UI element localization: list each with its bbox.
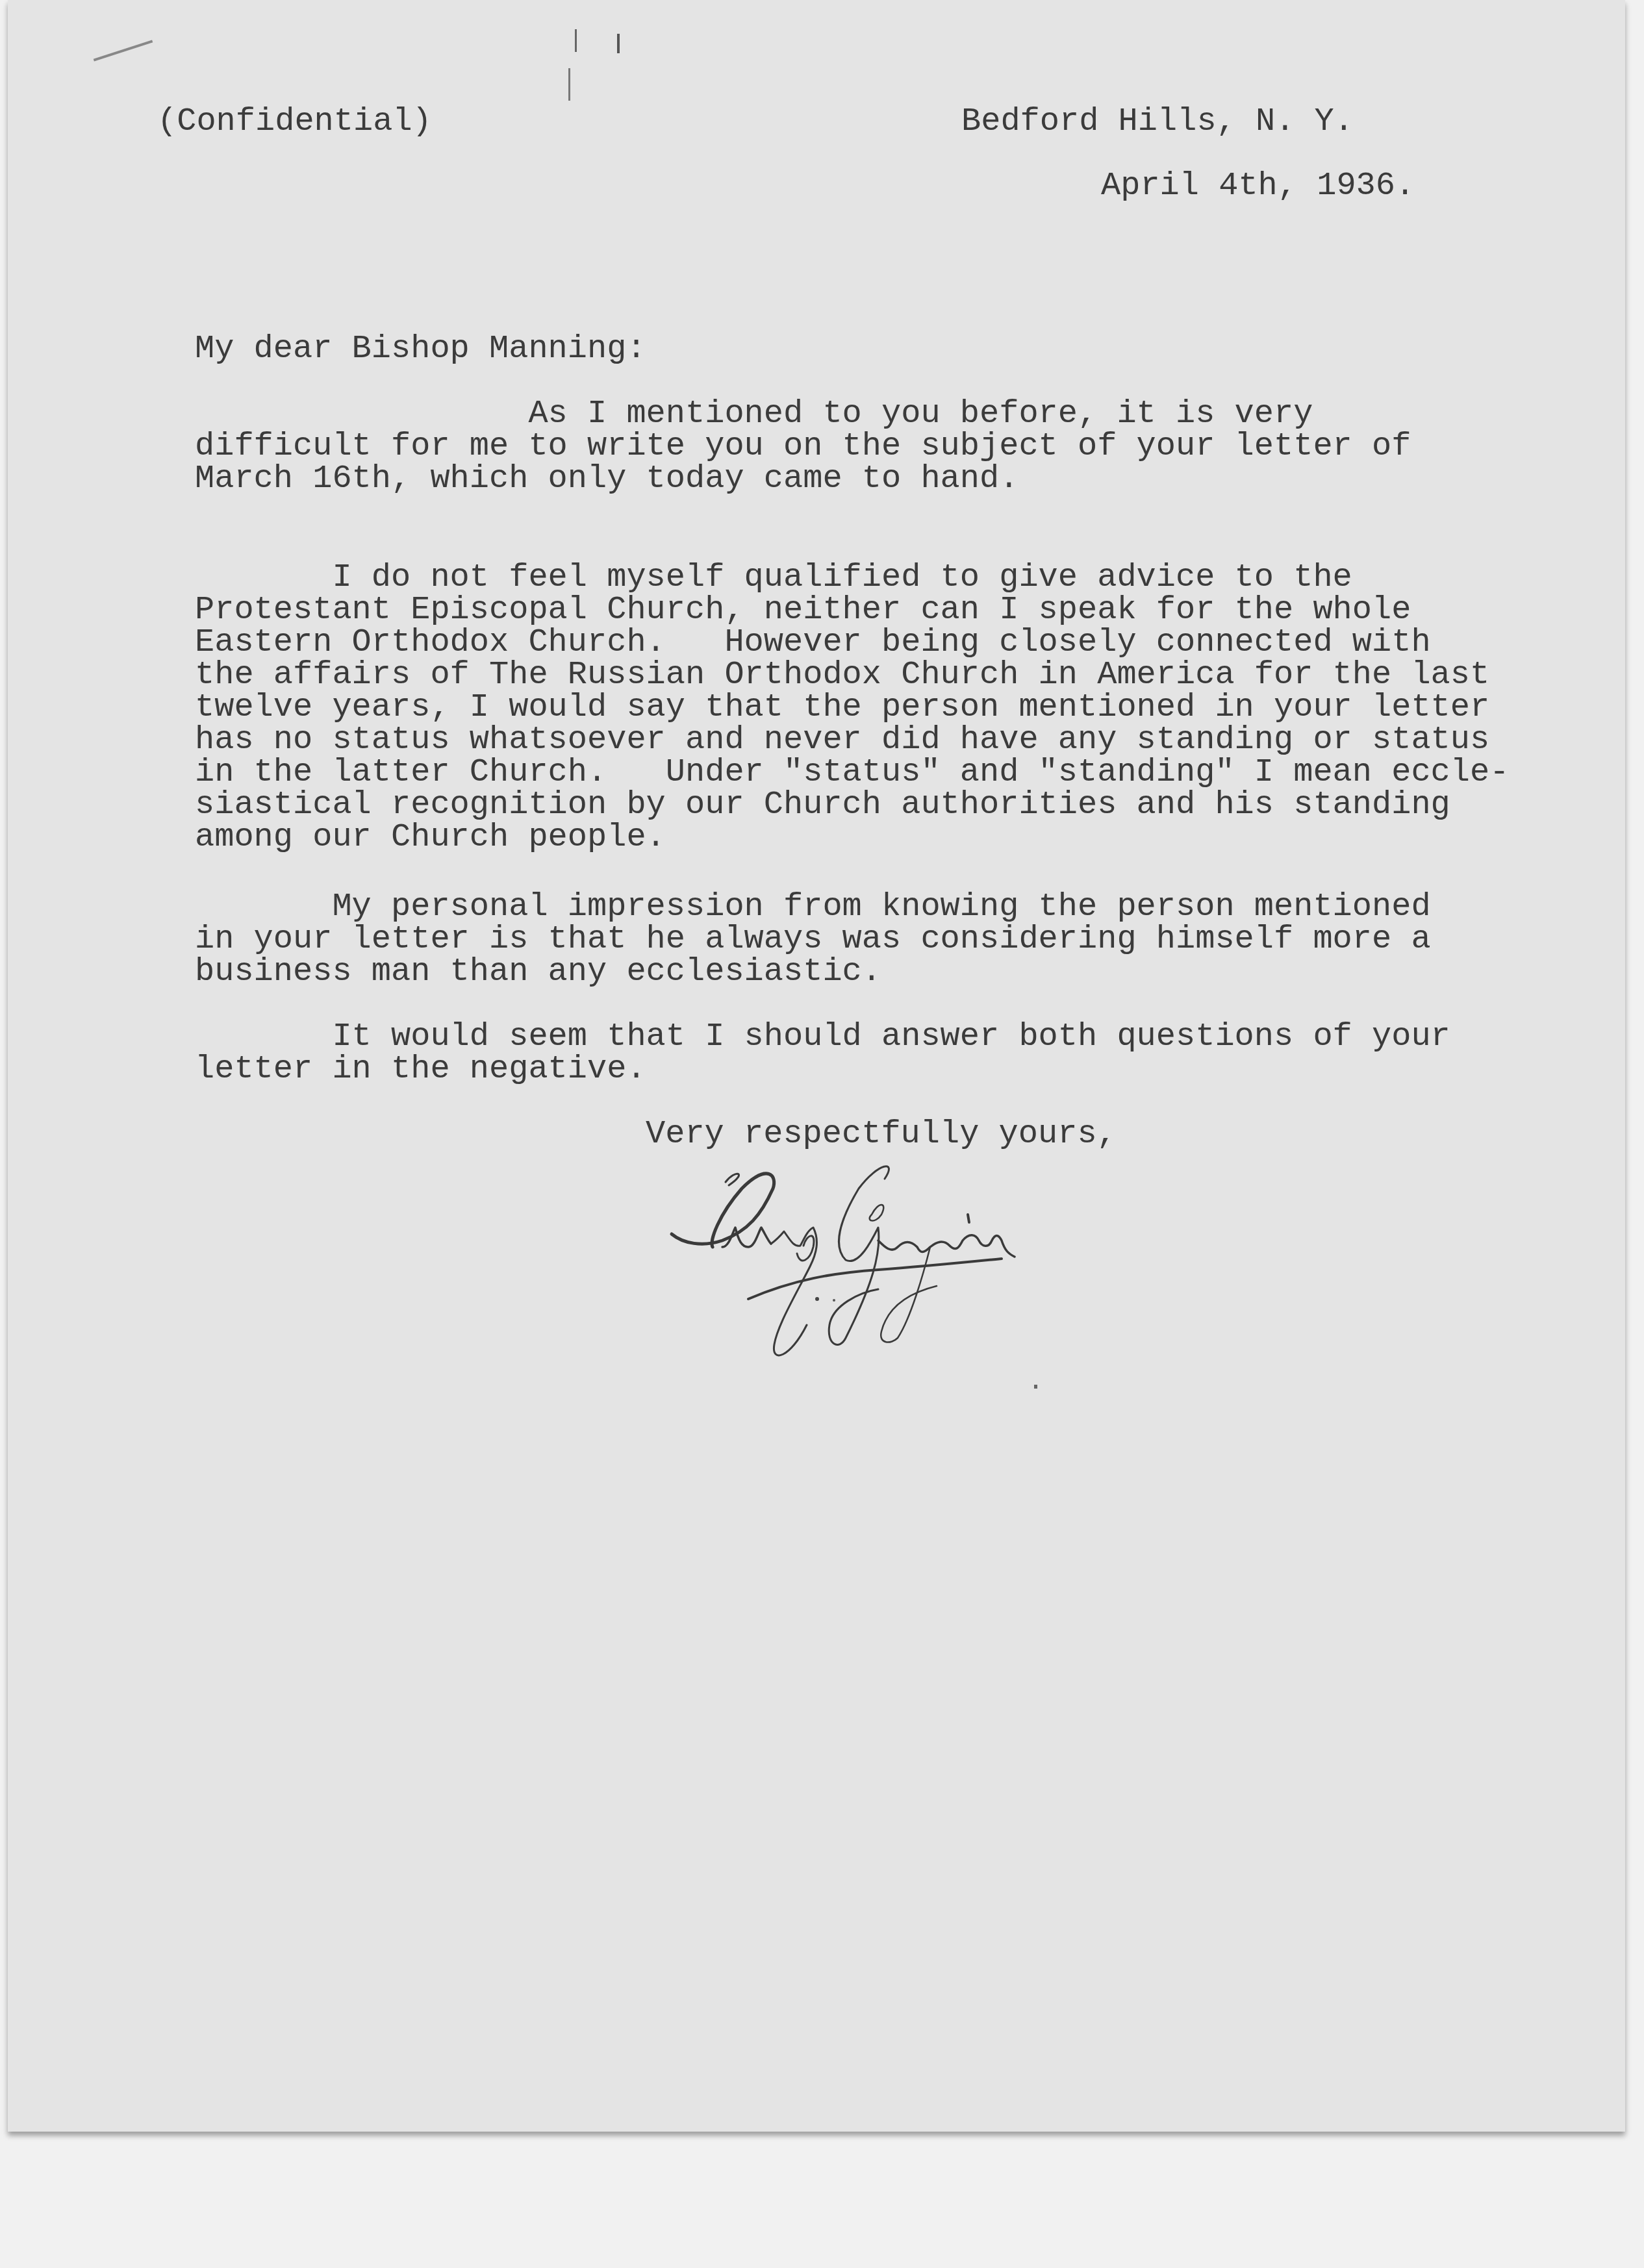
crease-mark xyxy=(568,68,570,101)
body-line: March 16th, which only today came to han… xyxy=(195,463,1018,496)
body-line: in your letter is that he always was con… xyxy=(195,924,1431,956)
closing: Very respectfully yours, xyxy=(646,1118,1117,1151)
letter-date: April 4th, 1936. xyxy=(1101,170,1415,203)
crease-mark xyxy=(617,34,620,53)
body-line: As I mentioned to you before, it is very xyxy=(195,398,1313,431)
body-line: among our Church people. xyxy=(195,822,666,854)
body-line: It would seem that I should answer both … xyxy=(195,1021,1450,1053)
body-line: has no status whatsoever and never did h… xyxy=(195,724,1489,757)
ink-dot xyxy=(1034,1385,1037,1389)
confidential-label: (Confidential) xyxy=(157,106,432,138)
signature xyxy=(664,1150,1560,1383)
body-line: business man than any ecclesiastic. xyxy=(195,956,881,989)
body-line: Protestant Episcopal Church, neither can… xyxy=(195,594,1411,627)
body-line: twelve years, I would say that the perso… xyxy=(195,692,1489,724)
letter-page: (Confidential) Bedford Hills, N. Y. Apri… xyxy=(8,0,1625,2132)
body-line: siastical recognition by our Church auth… xyxy=(195,789,1450,822)
tear-mark xyxy=(94,40,153,61)
crease-mark xyxy=(575,29,577,52)
body-line: Eastern Orthodox Church. However being c… xyxy=(195,627,1431,659)
body-line: the affairs of The Russian Orthodox Chur… xyxy=(195,659,1489,692)
sender-place: Bedford Hills, N. Y. xyxy=(961,106,1354,138)
body-line: My personal impression from knowing the … xyxy=(195,891,1431,924)
body-line: letter in the negative. xyxy=(195,1053,646,1086)
body-line: in the latter Church. Under "status" and… xyxy=(195,757,1509,789)
body-line: difficult for me to write you on the sub… xyxy=(195,431,1411,463)
body-line: I do not feel myself qualified to give a… xyxy=(195,562,1352,594)
salutation: My dear Bishop Manning: xyxy=(195,333,646,366)
